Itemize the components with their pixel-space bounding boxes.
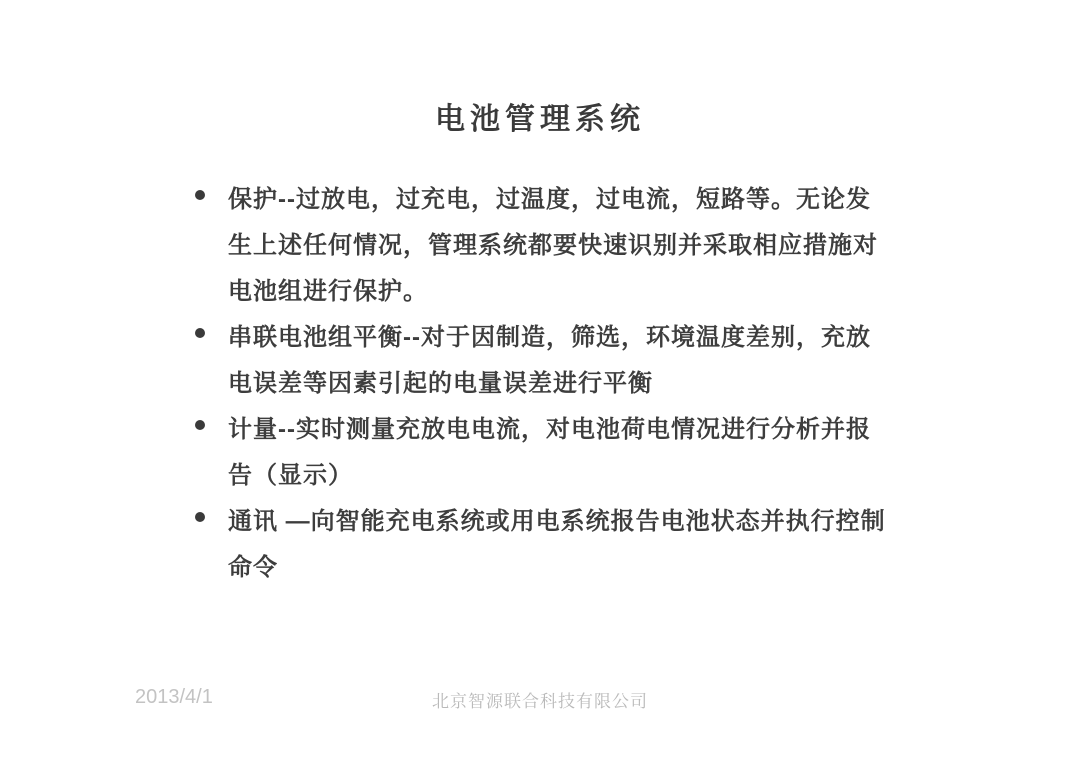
bullet-line: 保护--过放电，过充电，过温度，过电流，短路等。无论发 bbox=[228, 177, 878, 223]
bullet-line: 生上述任何情况，管理系统都要快速识别并采取相应措施对 bbox=[228, 223, 878, 269]
bullet-item-communication: 通讯 —向智能充电系统或用电系统报告电池状态并执行控制 命令 bbox=[195, 499, 935, 591]
bullet-item-protection: 保护--过放电，过充电，过温度，过电流，短路等。无论发 生上述任何情况，管理系统… bbox=[195, 177, 935, 315]
bullet-line: 电误差等因素引起的电量误差进行平衡 bbox=[228, 361, 871, 407]
bullet-text: 计量--实时测量充放电电流，对电池荷电情况进行分析并报 告（显示） bbox=[228, 407, 871, 499]
footer-company: 北京智源联合科技有限公司 bbox=[0, 687, 1080, 712]
bullet-line: 命令 bbox=[228, 545, 886, 591]
bullet-text: 保护--过放电，过充电，过温度，过电流，短路等。无论发 生上述任何情况，管理系统… bbox=[228, 177, 878, 315]
bullet-icon bbox=[195, 190, 205, 200]
bullet-icon bbox=[195, 512, 205, 522]
bullet-line: 告（显示） bbox=[228, 453, 871, 499]
bullet-list: 保护--过放电，过充电，过温度，过电流，短路等。无论发 生上述任何情况，管理系统… bbox=[195, 177, 935, 591]
presentation-slide: 电池管理系统 保护--过放电，过充电，过温度，过电流，短路等。无论发 生上述任何… bbox=[0, 0, 1080, 764]
slide-title: 电池管理系统 bbox=[0, 94, 1080, 138]
bullet-item-balancing: 串联电池组平衡--对于因制造，筛选，环境温度差别，充放 电误差等因素引起的电量误… bbox=[195, 315, 935, 407]
bullet-line: 通讯 —向智能充电系统或用电系统报告电池状态并执行控制 bbox=[228, 499, 886, 545]
bullet-line: 电池组进行保护。 bbox=[228, 269, 878, 315]
bullet-text: 通讯 —向智能充电系统或用电系统报告电池状态并执行控制 命令 bbox=[228, 499, 886, 591]
bullet-line: 串联电池组平衡--对于因制造，筛选，环境温度差别，充放 bbox=[228, 315, 871, 361]
bullet-line: 计量--实时测量充放电电流，对电池荷电情况进行分析并报 bbox=[228, 407, 871, 453]
bullet-icon bbox=[195, 328, 205, 338]
bullet-text: 串联电池组平衡--对于因制造，筛选，环境温度差别，充放 电误差等因素引起的电量误… bbox=[228, 315, 871, 407]
bullet-icon bbox=[195, 420, 205, 430]
bullet-item-metering: 计量--实时测量充放电电流，对电池荷电情况进行分析并报 告（显示） bbox=[195, 407, 935, 499]
